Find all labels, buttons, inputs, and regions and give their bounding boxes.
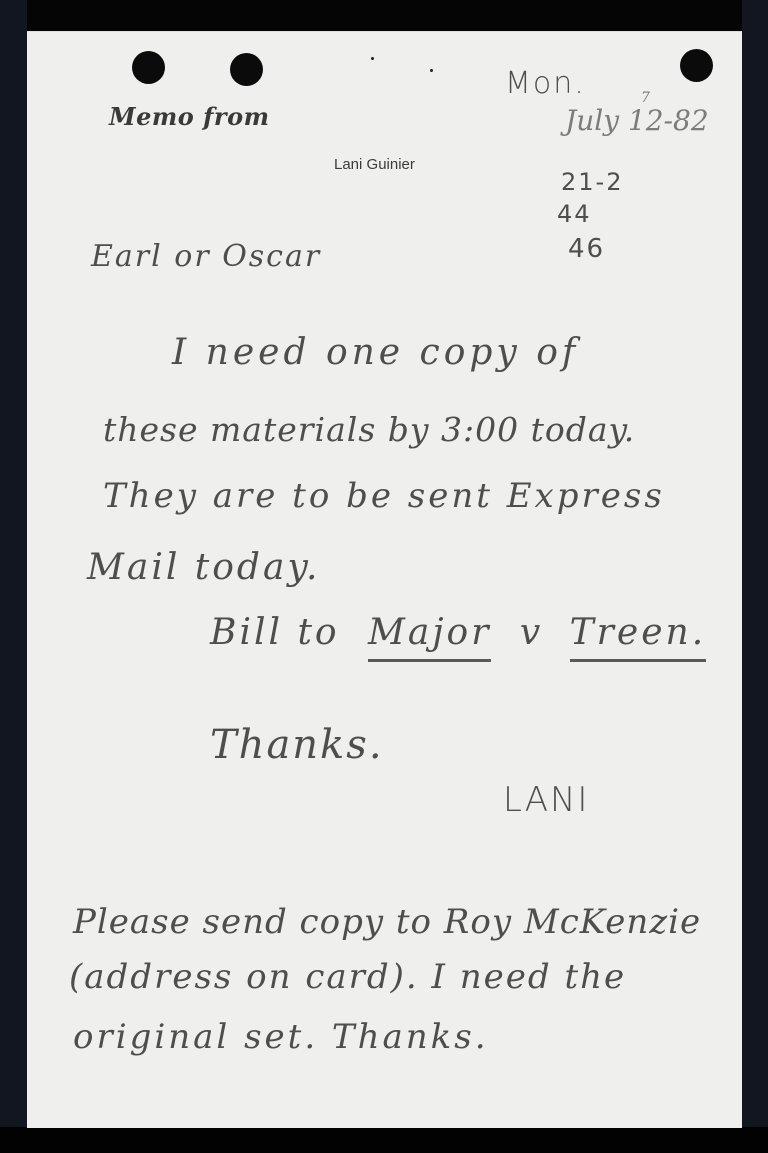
signature: LANI	[503, 780, 589, 820]
case-party-2: Treen.	[570, 612, 706, 662]
scan-background-bottom	[0, 1127, 768, 1153]
case-party-1: Major	[368, 612, 491, 662]
body-line: Mail today.	[87, 547, 320, 588]
punch-hole-right	[680, 49, 713, 82]
date-value: July 12-82	[565, 104, 709, 137]
scan-background-right	[742, 0, 768, 1153]
billing-line: Bill to Major v Treen.	[210, 612, 706, 653]
scan-background-top	[0, 0, 768, 30]
closing: Thanks.	[210, 722, 384, 768]
billing-prefix: Bill to	[210, 612, 340, 653]
body-line: these materials by 3:00 today.	[103, 410, 635, 449]
case-separator: v	[520, 612, 543, 653]
paper-speck	[430, 69, 433, 72]
salutation: Earl or Oscar	[91, 239, 321, 274]
postscript-line: original set. Thanks.	[73, 1017, 489, 1057]
punch-hole-left	[132, 51, 165, 84]
punch-hole-middle	[230, 53, 263, 86]
memo-paper: Memo from Lani Guinier Mon. 7 July 12-82…	[27, 31, 742, 1128]
scan-background-left	[0, 0, 27, 1153]
margin-number: 44	[557, 200, 592, 228]
margin-number: 21-2	[561, 168, 623, 196]
body-line: They are to be sent Express	[103, 476, 665, 516]
postscript-line: (address on card). I need the	[69, 957, 626, 997]
date-day: Mon.	[505, 66, 586, 101]
body-text: I need one copy of	[172, 332, 579, 373]
body-line: I need one copy of	[172, 332, 579, 373]
letterhead-title: Memo from	[109, 102, 269, 131]
paper-speck	[371, 57, 374, 60]
postscript-line: Please send copy to Roy McKenzie	[73, 902, 701, 942]
margin-number: 46	[568, 234, 605, 264]
letterhead-name: Lani Guinier	[334, 156, 415, 173]
